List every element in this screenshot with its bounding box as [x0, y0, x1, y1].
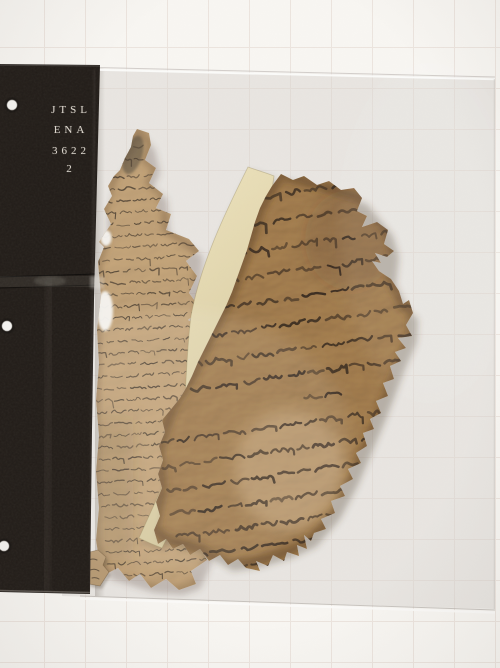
- manuscript-photo: JTSL ENA 3622 2: [0, 0, 500, 668]
- manuscript-scene: [0, 0, 500, 668]
- photo-grain: [0, 0, 500, 668]
